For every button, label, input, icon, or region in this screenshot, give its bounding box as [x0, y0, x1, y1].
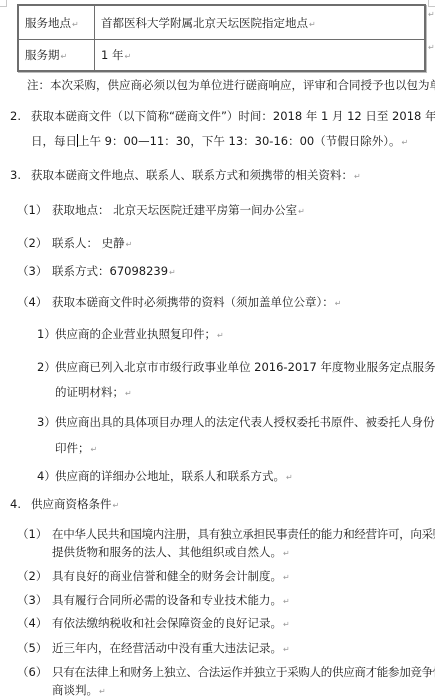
- table-row-location: 服务地点↵ 首都医科大学附属北京天坛医院指定地点↵: [18, 5, 425, 40]
- contact-person[interactable]: 联系人： 史静↵: [52, 236, 132, 252]
- qualification-number: （3）: [17, 593, 47, 607]
- service-info-table: 服务地点↵ 首都医科大学附属北京天坛医院指定地点↵ 服务期↵ 1 年↵: [17, 4, 426, 72]
- material-item[interactable]: 供应商的详细办公地址，联系人和联系方式。↵: [55, 469, 293, 485]
- qualification-number: （6）: [17, 665, 47, 679]
- table-cell-label[interactable]: 服务期↵: [18, 40, 95, 72]
- qualification-number: （4）: [17, 616, 47, 630]
- paragraph-mark-icon: ↵: [91, 445, 98, 454]
- item-number: （1）: [17, 203, 47, 217]
- row-end-mark-icon: ↵: [428, 10, 435, 19]
- material-number: 1）: [37, 327, 56, 341]
- qualification-item[interactable]: 具有良好的商业信誉和健全的财务会计制度。↵: [52, 569, 290, 585]
- material-number: 2）: [37, 360, 56, 374]
- qualification-item[interactable]: 具有履行合同所必需的设备和专业技术能力。↵: [52, 593, 290, 609]
- qualification-item[interactable]: 近三年内，在经营活动中没有重大违法记录。↵: [52, 641, 290, 657]
- qualification-number: （2）: [17, 569, 47, 583]
- section-4-title[interactable]: 供应商资格条件↵: [31, 497, 119, 513]
- contact-phone[interactable]: 联系方式：67098239↵: [52, 264, 176, 280]
- qualification-item-continuation[interactable]: 商谈判。↵: [52, 683, 106, 699]
- paragraph-mark-icon: ↵: [99, 687, 106, 696]
- paragraph-mark-icon: ↵: [309, 20, 316, 29]
- qualification-item-continuation[interactable]: 提供货物和服务的法人、其他组织或自然人。↵: [52, 545, 290, 561]
- paragraph-mark-icon: ↵: [283, 597, 290, 606]
- paragraph-mark-icon: ↵: [72, 20, 79, 29]
- material-number: 4）: [37, 469, 56, 483]
- qualification-item[interactable]: 有依法缴纳税收和社会保障资金的良好记录。↵: [52, 616, 290, 632]
- item-number: （2）: [17, 236, 47, 250]
- paragraph-mark-icon: ↵: [286, 473, 293, 482]
- paragraph-mark-icon: ↵: [126, 240, 133, 249]
- paragraph-mark-icon: ↵: [335, 299, 342, 308]
- section-number-2: 2.: [10, 109, 21, 123]
- paragraph-mark-icon: ↵: [61, 52, 68, 61]
- qualification-number: （5）: [17, 641, 47, 655]
- page-corner-mark-right: [428, 0, 435, 7]
- qualification-item[interactable]: 在中华人民共和国境内注册，具有独立承担民事责任的能力和经营许可，向采购人: [52, 527, 435, 541]
- paragraph-mark-icon: ↵: [354, 172, 361, 181]
- paragraph-mark-icon: ↵: [169, 268, 176, 277]
- table-row-period: 服务期↵ 1 年↵: [18, 40, 425, 72]
- paragraph-mark-icon: ↵: [125, 389, 132, 398]
- material-item-continuation[interactable]: 的证明材料；↵: [55, 385, 132, 401]
- row-end-mark-icon: ↵: [428, 43, 435, 52]
- table-cell-value[interactable]: 首都医科大学附属北京天坛医院指定地点↵: [95, 5, 426, 40]
- paragraph-mark-icon: ↵: [283, 549, 290, 558]
- section-2-line-1[interactable]: 获取本磋商文件（以下简称“磋商文件”）时间：2018 年 1 月 12 日至 2…: [31, 109, 435, 123]
- paragraph-mark-icon: ↵: [124, 52, 131, 61]
- paragraph-mark-icon: ↵: [283, 645, 290, 654]
- table-cell-label[interactable]: 服务地点↵: [18, 5, 95, 40]
- qualification-number: （1）: [17, 527, 47, 541]
- page-corner-mark-left: [0, 0, 7, 7]
- material-item[interactable]: 供应商的企业营业执照复印件；↵: [55, 327, 224, 343]
- contact-location[interactable]: 获取地点： 北京天坛医院迁建平房第一间办公室↵: [52, 203, 305, 219]
- procurement-note[interactable]: 注：本次采购，供应商必须以包为单位进行磋商响应，评审和合同授予也以包为单位。↵: [27, 78, 435, 94]
- required-materials-title[interactable]: 获取本磋商文件时必须携带的资料（须加盖单位公章）：↵: [52, 295, 341, 311]
- paragraph-mark-icon: ↵: [298, 207, 305, 216]
- paragraph-mark-icon: ↵: [401, 138, 408, 147]
- section-number-3: 3.: [10, 168, 21, 182]
- paragraph-mark-icon: ↵: [217, 331, 224, 340]
- item-number: （4）: [17, 295, 47, 309]
- qualification-item[interactable]: 只有在法律上和财务上独立、合法运作并独立于采购人的供应商才能参加竞争性磋: [52, 665, 435, 679]
- section-number-4: 4.: [10, 497, 21, 511]
- material-item[interactable]: 供应商已列入北京市市级行政事业单位 2016-2017 年度物业服务定点服务商目…: [55, 360, 435, 374]
- section-2-line-2[interactable]: 日，每日上午 9：00—11：30，下午 13：30-16：00（节假日除外）。…: [31, 134, 408, 150]
- section-3-title[interactable]: 获取本磋商文件地点、联系人、联系方式和须携带的相关资料：↵: [31, 168, 361, 184]
- document-page: 服务地点↵ 首都医科大学附属北京天坛医院指定地点↵ 服务期↵ 1 年↵ ↵ ↵ …: [0, 0, 435, 700]
- table-cell-value[interactable]: 1 年↵: [95, 40, 426, 72]
- material-item[interactable]: 供应商出具的具体项目办理人的法定代表人授权委托书原件、被委托人身份证复: [55, 415, 435, 429]
- paragraph-mark-icon: ↵: [283, 620, 290, 629]
- paragraph-mark-icon: ↵: [283, 573, 290, 582]
- paragraph-mark-icon: ↵: [113, 501, 120, 510]
- material-item-continuation[interactable]: 印件；↵: [55, 441, 97, 457]
- material-number: 3）: [37, 415, 56, 429]
- item-number: （3）: [17, 264, 47, 278]
